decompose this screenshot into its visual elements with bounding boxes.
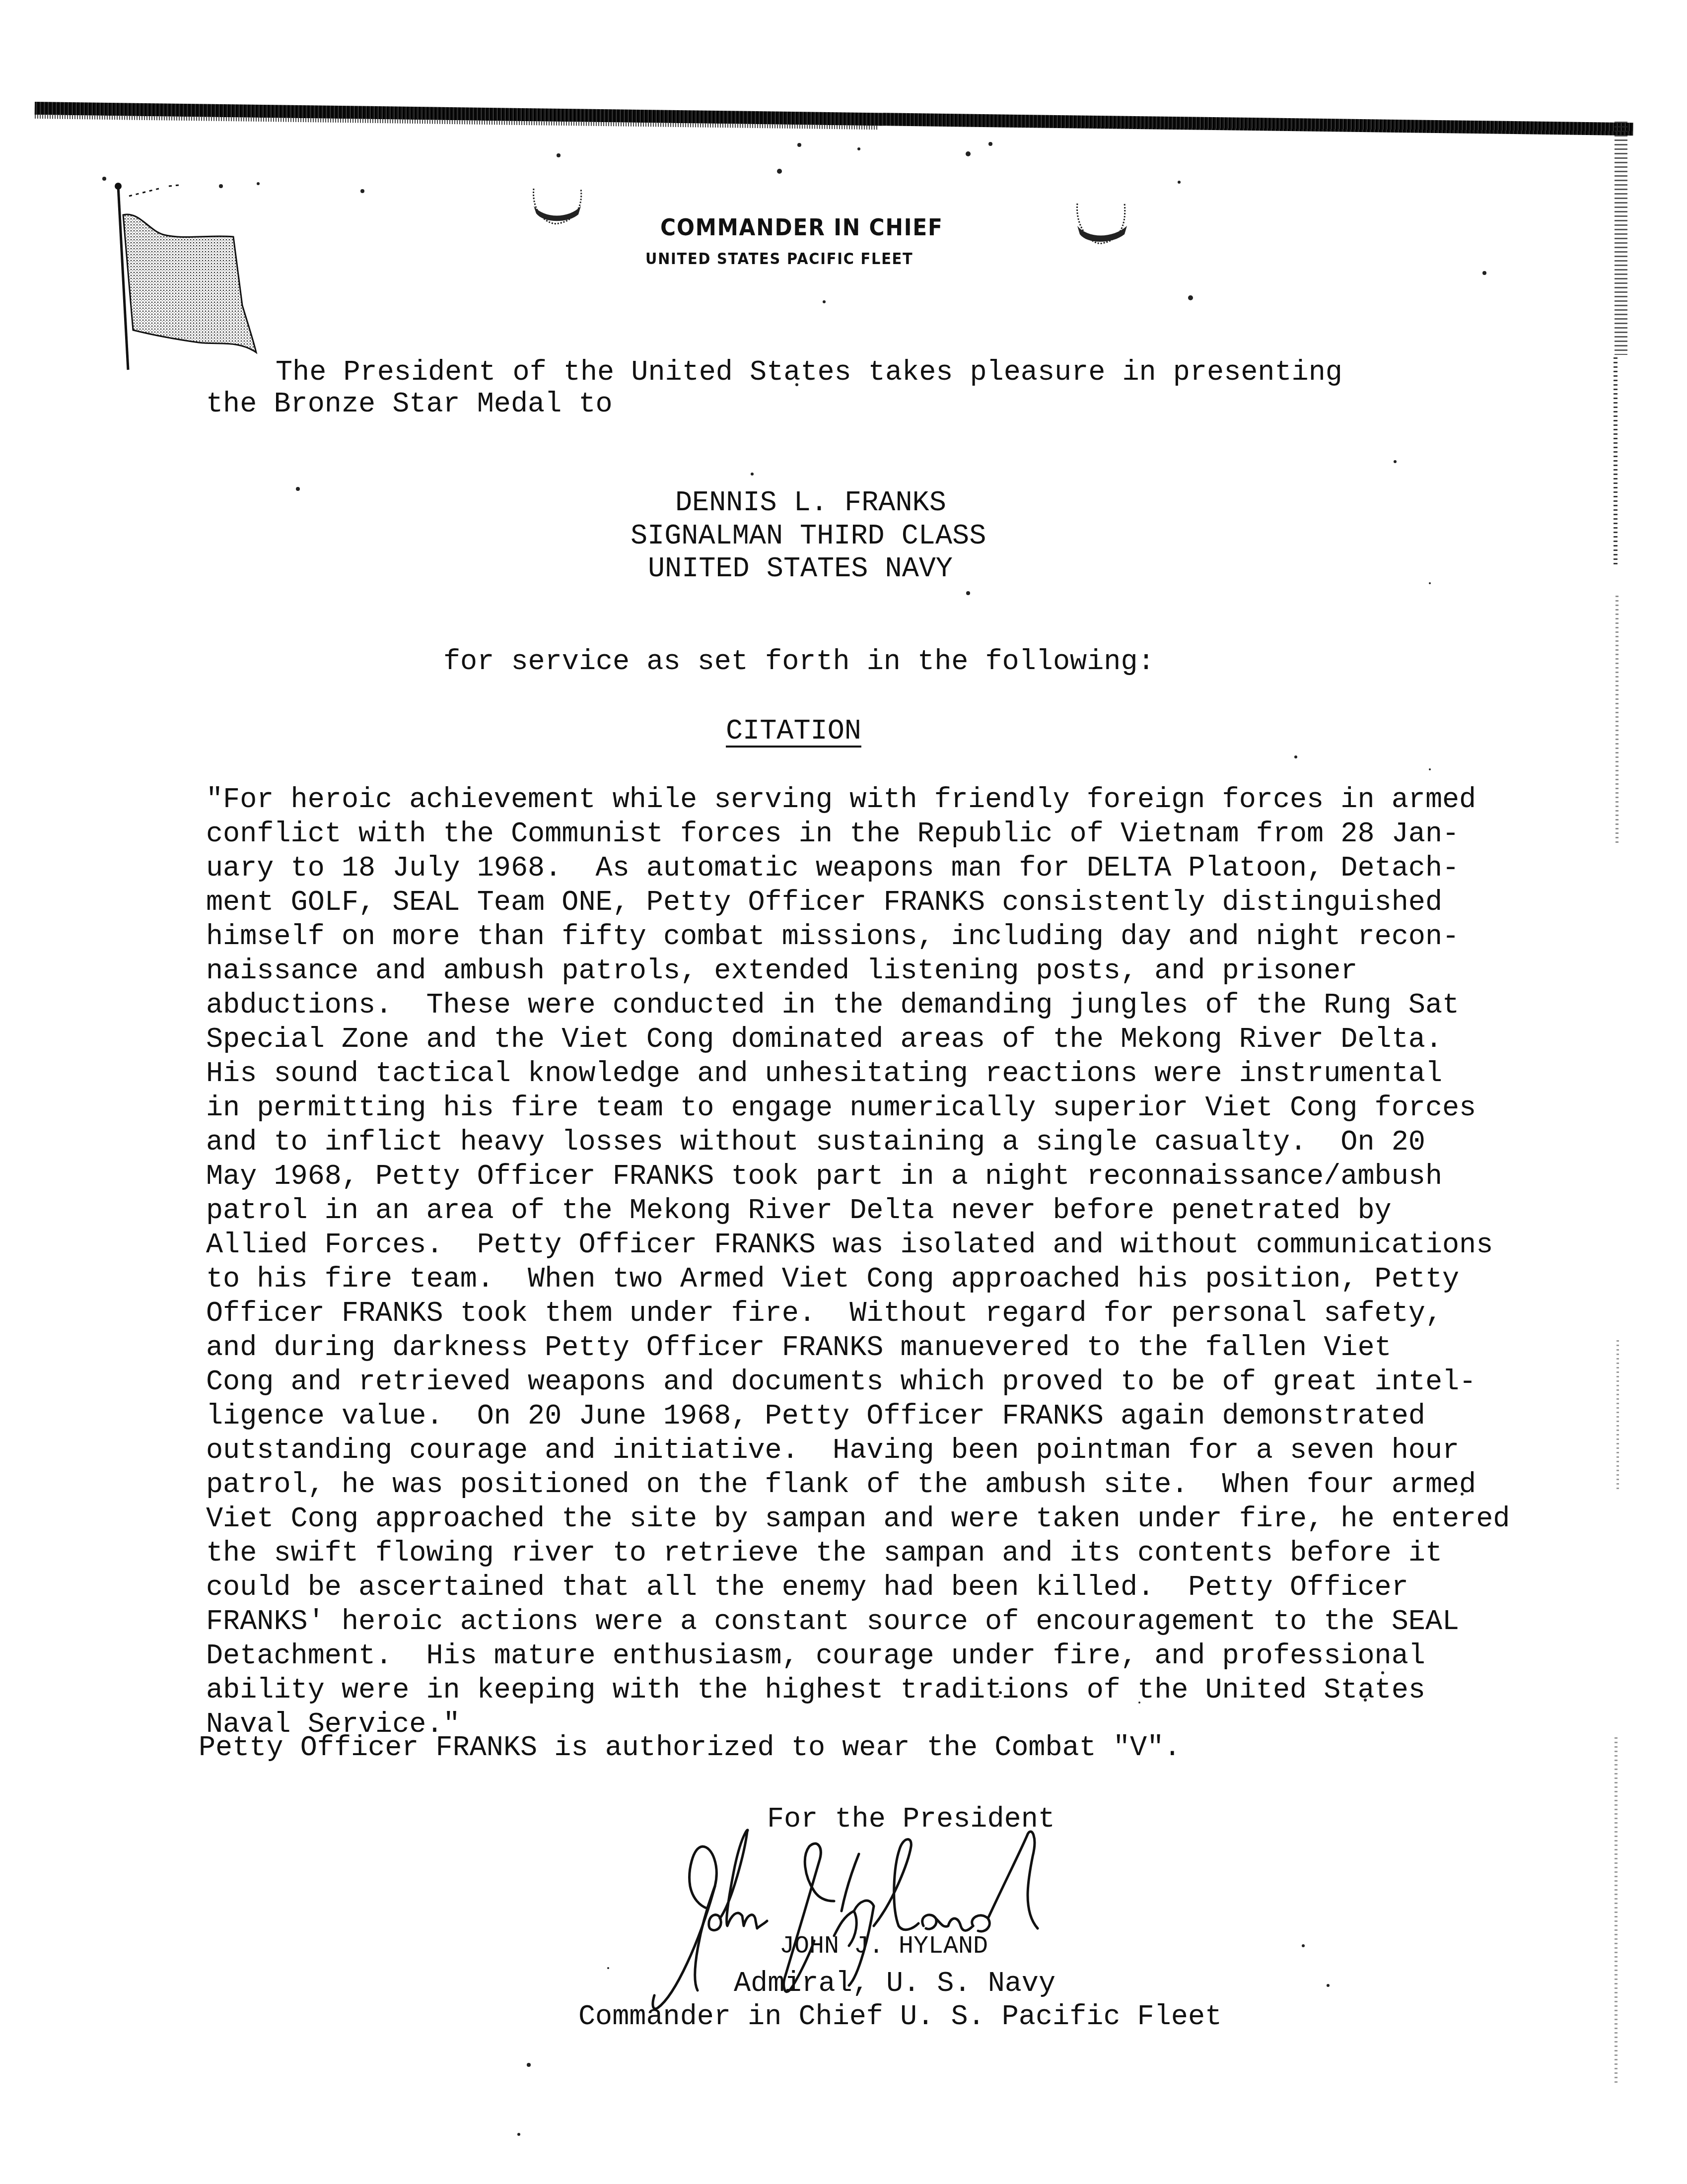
citation-line: patrol in an area of the Mekong River De… — [206, 1197, 1392, 1226]
citation-line: FRANKS' heroic actions were a constant s… — [206, 1608, 1459, 1637]
citation-line: abductions. These were conducted in the … — [206, 991, 1459, 1020]
recipient-rank: SIGNALMAN THIRD CLASS — [631, 522, 986, 551]
citation-line: ability were in keeping with the highest… — [206, 1676, 1425, 1705]
citation-line: patrol, he was positioned on the flank o… — [206, 1471, 1476, 1500]
citation-line: ligence value. On 20 June 1968, Petty Of… — [206, 1402, 1425, 1431]
letterhead-subtitle: UNITED STATES PACIFIC FLEET — [645, 251, 914, 267]
letterhead-title: COMMANDER IN CHIEF — [660, 216, 943, 239]
scan-edge-right — [1616, 596, 1618, 844]
citation-line: ment GOLF, SEAL Team ONE, Petty Officer … — [206, 888, 1442, 917]
recipient-service: UNITED STATES NAVY — [648, 555, 953, 584]
seal-right-icon — [1072, 199, 1132, 248]
signer-title: Commander in Chief U. S. Pacific Fleet — [578, 2003, 1222, 2032]
intro-line-2: the Bronze Star Medal to — [206, 390, 613, 419]
citation-line: outstanding courage and initiative. Havi… — [206, 1436, 1459, 1465]
citation-line: "For heroic achievement while serving wi… — [206, 786, 1476, 815]
citation-heading: CITATION — [726, 717, 861, 746]
intro-line-1: The President of the United States takes… — [276, 358, 1342, 387]
citation-line: himself on more than fifty combat missio… — [206, 923, 1459, 952]
citation-line: the swift flowing river to retrieve the … — [206, 1539, 1442, 1568]
citation-line: and to inflict heavy losses without sust… — [206, 1128, 1425, 1157]
scan-edge-right — [1615, 1737, 1617, 2085]
scan-edge-right — [1615, 122, 1627, 355]
scan-edge-right — [1614, 357, 1617, 566]
citation-line: His sound tactical knowledge and unhesit… — [206, 1060, 1442, 1089]
service-line: for service as set forth in the followin… — [443, 648, 1155, 677]
citation-document: COMMANDER IN CHIEF UNITED STATES PACIFIC… — [0, 0, 1687, 2184]
citation-line: Detachment. His mature enthusiasm, coura… — [206, 1642, 1425, 1671]
citation-line: in permitting his fire team to engage nu… — [206, 1094, 1476, 1123]
citation-line: Officer FRANKS took them under fire. Wit… — [206, 1299, 1442, 1328]
citation-line: Allied Forces. Petty Officer FRANKS was … — [206, 1231, 1493, 1260]
citation-line: and during darkness Petty Officer FRANKS… — [206, 1334, 1392, 1363]
signer-name: JOHN J. HYLAND — [779, 1934, 988, 1959]
citation-line: to his fire team. When two Armed Viet Co… — [206, 1265, 1459, 1294]
citation-line: uary to 18 July 1968. As automatic weapo… — [206, 854, 1459, 883]
citation-line: conflict with the Communist forces in th… — [206, 820, 1459, 849]
citation-line: Special Zone and the Viet Cong dominated… — [206, 1025, 1442, 1054]
flag-icon — [109, 176, 268, 375]
citation-line: Viet Cong approached the site by sampan … — [206, 1505, 1510, 1534]
recipient-name: DENNIS L. FRANKS — [675, 489, 946, 518]
citation-line: could be ascertained that all the enemy … — [206, 1573, 1408, 1602]
citation-line: naissance and ambush patrols, extended l… — [206, 957, 1357, 986]
scan-edge-right — [1617, 1340, 1619, 1489]
authorization-line: Petty Officer FRANKS is authorized to we… — [199, 1734, 1181, 1763]
signer-rank: Admiral, U. S. Navy — [734, 1970, 1055, 1998]
seal-left-icon — [529, 184, 588, 228]
citation-line: Cong and retrieved weapons and documents… — [206, 1368, 1476, 1397]
citation-line: May 1968, Petty Officer FRANKS took part… — [206, 1162, 1442, 1191]
